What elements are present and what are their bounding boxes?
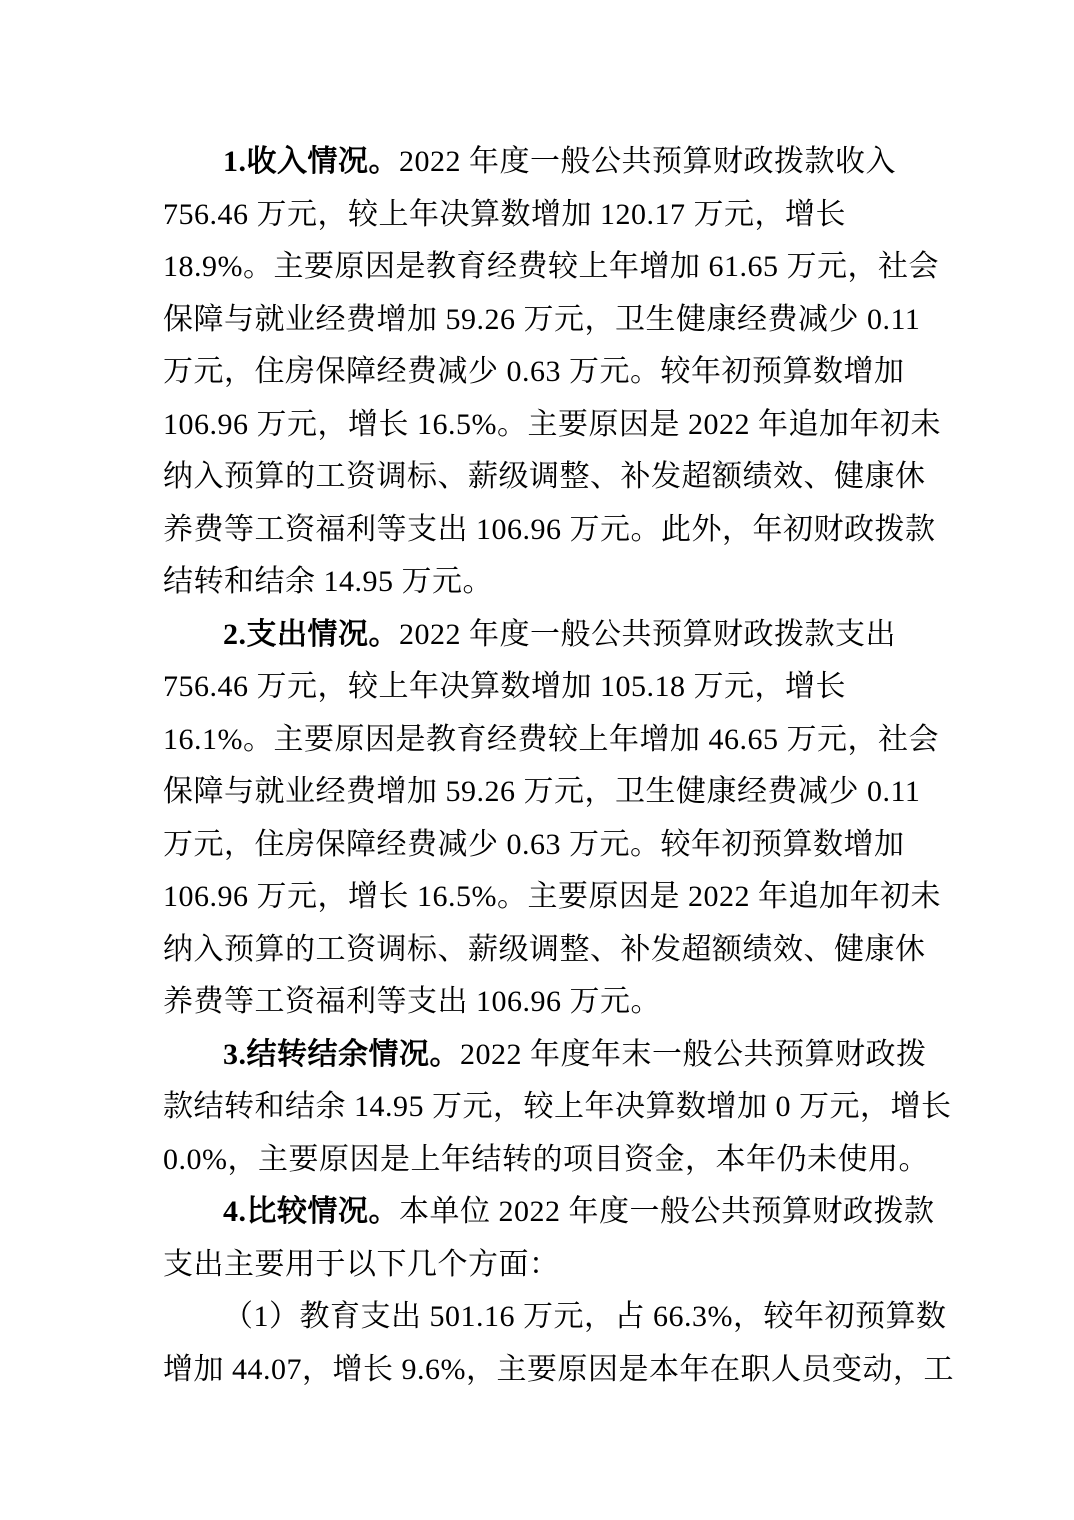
text-line: 保障与就业经费增加 59.26 万元，卫生健康经费减少 0.11 xyxy=(163,294,933,347)
line-text: 万元，住房保障经费减少 0.63 万元。较年初预算数增加 xyxy=(163,828,905,861)
text-line: 756.46 万元，较上年决算数增加 105.18 万元，增长 xyxy=(163,661,933,714)
text-line: 款结转和结余 14.95 万元，较上年决算数增加 0 万元，增长 xyxy=(163,1081,933,1134)
line-text: 款结转和结余 14.95 万元，较上年决算数增加 0 万元，增长 xyxy=(163,1090,952,1123)
text-line: 16.1%。主要原因是教育经费较上年增加 46.65 万元，社会 xyxy=(163,714,933,767)
text-line: 纳入预算的工资调标、薪级调整、补发超额绩效、健康休 xyxy=(163,451,933,504)
line-text: 18.9%。主要原因是教育经费较上年增加 61.65 万元，社会 xyxy=(163,250,939,283)
item-education-expense-line: （1）教育支出 501.16 万元，占 66.3%，较年初预算数 xyxy=(163,1291,933,1344)
text-line: 18.9%。主要原因是教育经费较上年增加 61.65 万元，社会 xyxy=(163,241,933,294)
line-text: 养费等工资福利等支出 106.96 万元。 xyxy=(163,985,661,1018)
text-line: 万元，住房保障经费减少 0.63 万元。较年初预算数增加 xyxy=(163,819,933,872)
document-body: 1.收入情况。2022 年度一般公共预算财政拨款收入 756.46 万元，较上年… xyxy=(163,136,933,1396)
line-text: 106.96 万元，增长 16.5%。主要原因是 2022 年追加年初未 xyxy=(163,408,941,441)
line-text: （1）教育支出 501.16 万元，占 66.3%，较年初预算数 xyxy=(223,1300,947,1333)
text-line: 万元，住房保障经费减少 0.63 万元。较年初预算数增加 xyxy=(163,346,933,399)
text-line: 106.96 万元，增长 16.5%。主要原因是 2022 年追加年初未 xyxy=(163,871,933,924)
line-text: 756.46 万元，较上年决算数增加 120.17 万元，增长 xyxy=(163,198,846,231)
section-heading-income: 1.收入情况。 xyxy=(223,145,399,178)
line-text: 万元，住房保障经费减少 0.63 万元。较年初预算数增加 xyxy=(163,355,905,388)
line-text: 保障与就业经费增加 59.26 万元，卫生健康经费减少 0.11 xyxy=(163,303,920,336)
line-text: 支出主要用于以下几个方面： xyxy=(163,1248,560,1281)
line-text: 2022 年度一般公共预算财政拨款收入 xyxy=(399,145,896,178)
line-text: 结转和结余 14.95 万元。 xyxy=(163,565,493,598)
line-text: 增加 44.07，增长 9.6%，主要原因是本年在职人员变动，工 xyxy=(163,1353,954,1386)
paragraph-income-heading-line: 1.收入情况。2022 年度一般公共预算财政拨款收入 xyxy=(163,136,933,189)
line-text: 0.0%，主要原因是上年结转的项目资金，本年仍未使用。 xyxy=(163,1143,929,1176)
line-text: 纳入预算的工资调标、薪级调整、补发超额绩效、健康休 xyxy=(163,933,926,966)
line-text: 本单位 2022 年度一般公共预算财政拨款 xyxy=(399,1195,935,1228)
section-heading-comparison: 4.比较情况。 xyxy=(223,1195,399,1228)
text-line: 纳入预算的工资调标、薪级调整、补发超额绩效、健康休 xyxy=(163,924,933,977)
text-line: 养费等工资福利等支出 106.96 万元。 xyxy=(163,976,933,1029)
line-text: 养费等工资福利等支出 106.96 万元。此外，年初财政拨款 xyxy=(163,513,936,546)
paragraph-comparison-heading-line: 4.比较情况。本单位 2022 年度一般公共预算财政拨款 xyxy=(163,1186,933,1239)
section-heading-expenditure: 2.支出情况。 xyxy=(223,618,399,651)
line-text: 保障与就业经费增加 59.26 万元，卫生健康经费减少 0.11 xyxy=(163,775,920,808)
section-heading-carryover: 3.结转结余情况。 xyxy=(223,1038,460,1071)
text-line: 支出主要用于以下几个方面： xyxy=(163,1239,933,1292)
line-text: 106.96 万元，增长 16.5%。主要原因是 2022 年追加年初未 xyxy=(163,880,941,913)
line-text: 纳入预算的工资调标、薪级调整、补发超额绩效、健康休 xyxy=(163,460,926,493)
text-line: 0.0%，主要原因是上年结转的项目资金，本年仍未使用。 xyxy=(163,1134,933,1187)
paragraph-carryover-heading-line: 3.结转结余情况。2022 年度年末一般公共预算财政拨 xyxy=(163,1029,933,1082)
line-text: 2022 年度一般公共预算财政拨款支出 xyxy=(399,618,896,651)
text-line: 756.46 万元，较上年决算数增加 120.17 万元，增长 xyxy=(163,189,933,242)
line-text: 2022 年度年末一般公共预算财政拨 xyxy=(460,1038,927,1071)
paragraph-expenditure-heading-line: 2.支出情况。2022 年度一般公共预算财政拨款支出 xyxy=(163,609,933,662)
line-text: 756.46 万元，较上年决算数增加 105.18 万元，增长 xyxy=(163,670,846,703)
text-line: 增加 44.07，增长 9.6%，主要原因是本年在职人员变动，工 xyxy=(163,1344,933,1397)
text-line: 保障与就业经费增加 59.26 万元，卫生健康经费减少 0.11 xyxy=(163,766,933,819)
text-line: 养费等工资福利等支出 106.96 万元。此外，年初财政拨款 xyxy=(163,504,933,557)
document-page: 1.收入情况。2022 年度一般公共预算财政拨款收入 756.46 万元，较上年… xyxy=(0,0,1074,1520)
line-text: 16.1%。主要原因是教育经费较上年增加 46.65 万元，社会 xyxy=(163,723,939,756)
text-line: 106.96 万元，增长 16.5%。主要原因是 2022 年追加年初未 xyxy=(163,399,933,452)
text-line: 结转和结余 14.95 万元。 xyxy=(163,556,933,609)
